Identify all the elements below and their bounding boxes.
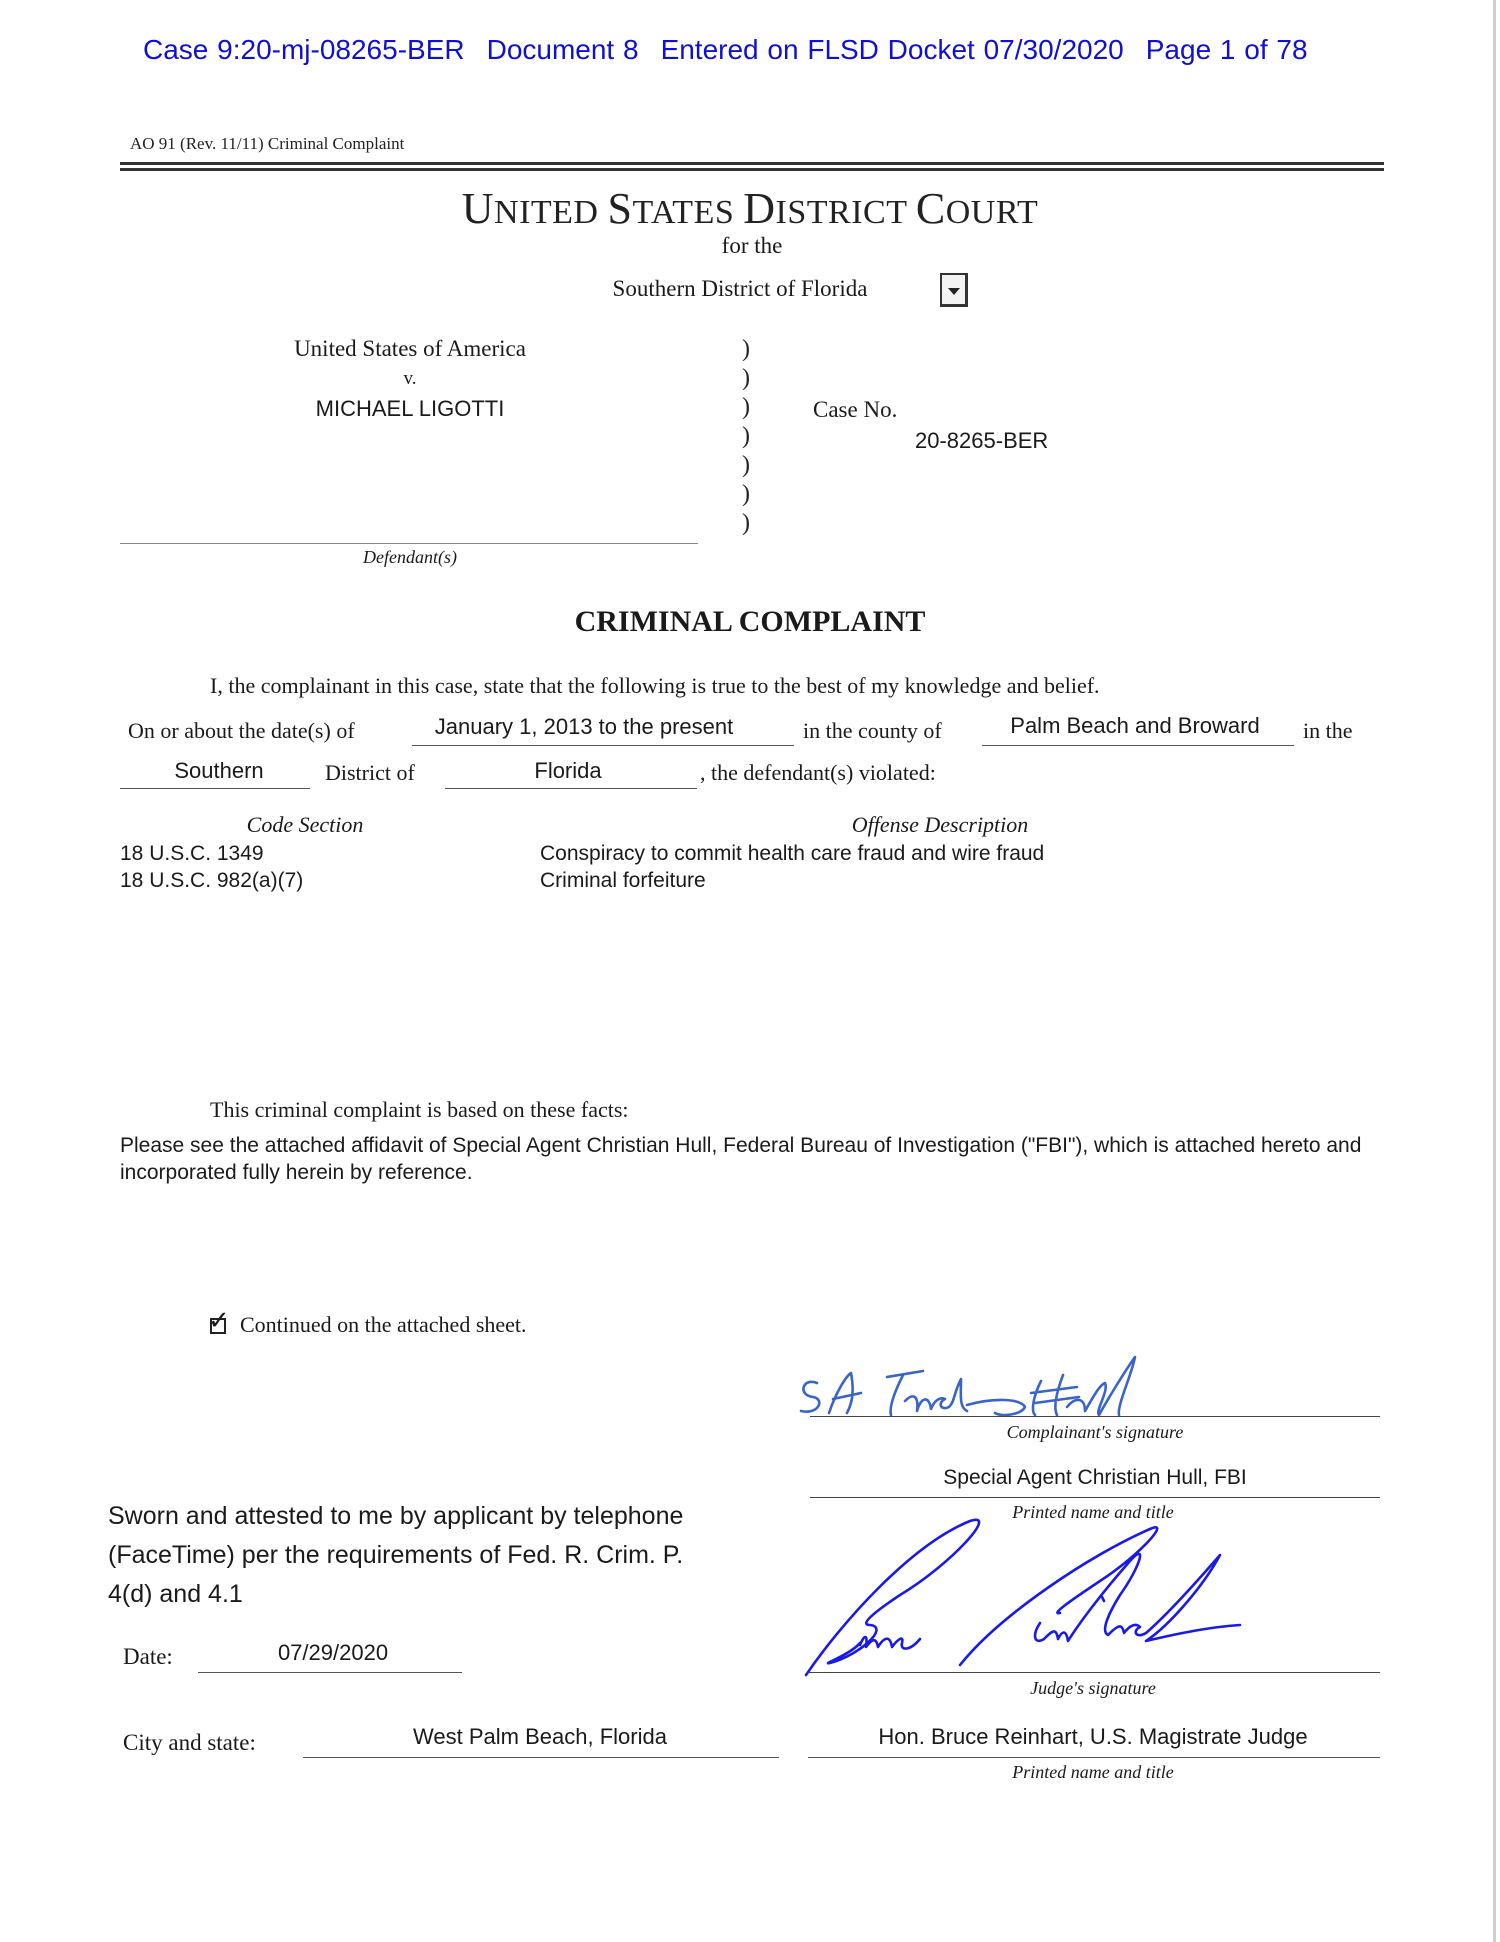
- sworn-statement: Sworn and attested to me by applicant by…: [108, 1497, 728, 1614]
- defendant-line: [120, 543, 698, 544]
- offense-code: 18 U.S.C. 982(a)(7): [120, 869, 303, 893]
- dates-label: On or about the date(s) of: [128, 718, 355, 744]
- in-the-label: in the: [1303, 718, 1353, 744]
- judge-printed-label: Printed name and title: [1012, 1762, 1173, 1783]
- checkmark-icon: ✓: [208, 1306, 230, 1336]
- defendant-label: Defendant(s): [363, 547, 457, 568]
- facts-text: Please see the attached affidavit of Spe…: [120, 1132, 1380, 1186]
- district-of-label: District of: [325, 760, 415, 786]
- complainant-signature-line: [810, 1416, 1380, 1417]
- judge-printed-name: Hon. Bruce Reinhart, U.S. Magistrate Jud…: [878, 1724, 1307, 1750]
- paren: ): [742, 510, 750, 537]
- paren: ): [742, 394, 750, 421]
- continued-label: Continued on the attached sheet.: [240, 1312, 527, 1338]
- document-number-stamp: Document 8: [487, 34, 639, 65]
- code-section-header: Code Section: [247, 812, 364, 838]
- form-identifier: AO 91 (Rev. 11/11) Criminal Complaint: [130, 134, 404, 154]
- offense-description: Conspiracy to commit health care fraud a…: [540, 842, 1044, 866]
- complainant-signature-label: Complainant's signature: [1007, 1422, 1184, 1443]
- city-state-underline: [303, 1757, 779, 1758]
- case-number-stamp: Case 9:20-mj-08265-BER: [143, 34, 465, 65]
- complainant-signature: [795, 1355, 1235, 1425]
- district-field: Southern: [174, 758, 263, 784]
- offense-description: Criminal forfeiture: [540, 869, 706, 893]
- date-field: 07/29/2020: [278, 1640, 388, 1666]
- header-rule-top: [120, 162, 1384, 165]
- defendant-name: MICHAEL LIGOTTI: [316, 396, 505, 422]
- state-field: Florida: [534, 758, 601, 784]
- docket-header: Case 9:20-mj-08265-BERDocument 8Entered …: [143, 34, 1308, 66]
- paren: ): [742, 481, 750, 508]
- paren: ): [742, 336, 750, 363]
- county-underline: [982, 745, 1294, 746]
- header-rule-bottom: [120, 168, 1384, 171]
- page-edge: [1493, 0, 1496, 1942]
- complainant-printed-name: Special Agent Christian Hull, FBI: [943, 1466, 1246, 1490]
- city-state-label: City and state:: [123, 1730, 256, 1756]
- for-the-label: for the: [722, 233, 783, 259]
- versus-label: v.: [403, 368, 416, 390]
- chevron-down-icon[interactable]: [940, 273, 968, 307]
- state-underline: [445, 788, 697, 789]
- date-underline: [198, 1672, 462, 1673]
- offense-code: 18 U.S.C. 1349: [120, 842, 264, 866]
- court-title: UNITED STATES DISTRICT COURT: [462, 183, 1039, 234]
- judge-signature-line: [808, 1672, 1380, 1673]
- judge-printed-line: [808, 1757, 1380, 1758]
- city-state-field: West Palm Beach, Florida: [413, 1724, 667, 1750]
- dates-underline: [412, 745, 794, 746]
- paren: ): [742, 452, 750, 479]
- date-label: Date:: [123, 1644, 173, 1670]
- page-count-stamp: Page 1 of 78: [1146, 34, 1308, 65]
- complaint-title: CRIMINAL COMPLAINT: [575, 605, 926, 639]
- district-select-value[interactable]: Southern District of Florida: [613, 276, 868, 302]
- violated-label: , the defendant(s) violated:: [700, 760, 936, 786]
- judge-signature-label: Judge's signature: [1030, 1678, 1156, 1699]
- case-no-value: 20-8265-BER: [915, 428, 1048, 454]
- complainant-printed-line: [810, 1497, 1380, 1498]
- case-no-label: Case No.: [813, 397, 897, 423]
- complainant-statement: I, the complainant in this case, state t…: [210, 673, 1100, 699]
- entered-date-stamp: Entered on FLSD Docket 07/30/2020: [661, 34, 1124, 65]
- paren: ): [742, 365, 750, 392]
- dates-field: January 1, 2013 to the present: [435, 714, 733, 740]
- offense-description-header: Offense Description: [852, 812, 1029, 838]
- judge-signature: [800, 1515, 1300, 1675]
- facts-intro: This criminal complaint is based on thes…: [210, 1097, 629, 1123]
- plaintiff-name: United States of America: [294, 336, 526, 362]
- paren: ): [742, 423, 750, 450]
- county-field: Palm Beach and Broward: [1010, 713, 1259, 739]
- county-label: in the county of: [803, 718, 942, 744]
- district-underline: [120, 788, 310, 789]
